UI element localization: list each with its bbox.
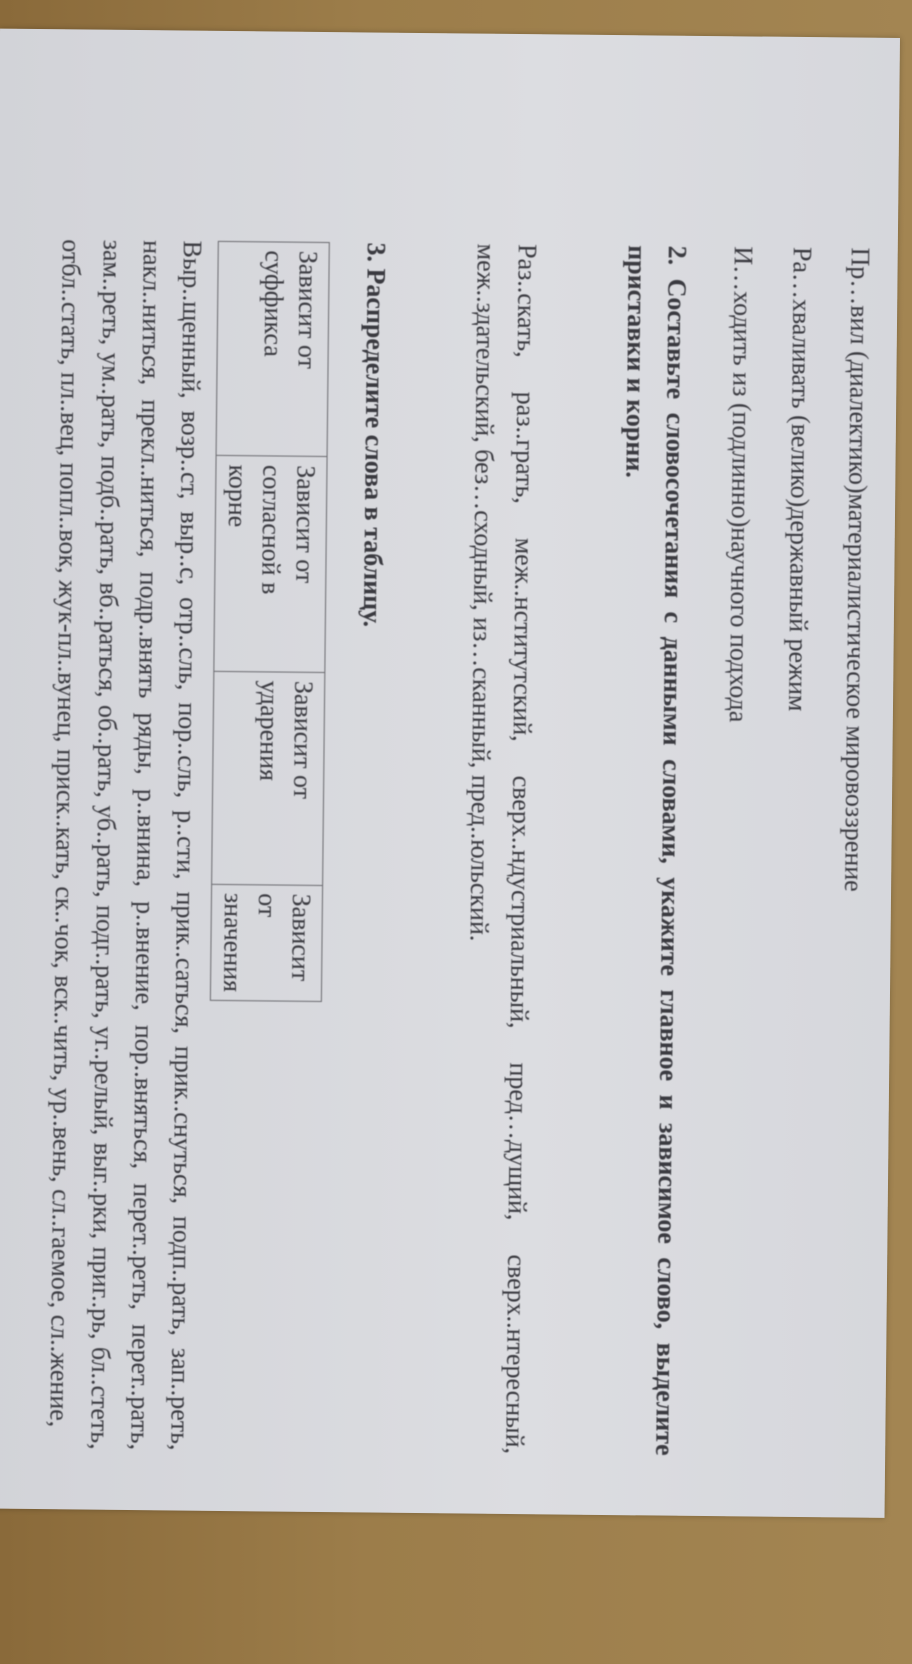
table-header-cell: Зависит от ударения [212, 671, 325, 885]
task3-title: 3. Распределите слова в таблицу. [343, 242, 396, 1452]
paper-sheet: Пр…вил (диалектико)материалистическое ми… [0, 29, 900, 1518]
worksheet-page: Пр…вил (диалектико)материалистическое ми… [12, 239, 880, 1458]
task2-words: Раз..скать, раз..грать, меж..нститутский… [453, 243, 546, 1454]
task3-words: Выр..щенный, возр..ст, выр..с, отр..сль,… [38, 239, 212, 1451]
task2-title: 2. Составьте словосочетания с данными сл… [604, 245, 697, 1456]
table-header-cell: Зависит от согласной в корне [214, 456, 327, 673]
table-header-cell: Зависит от значения [211, 884, 323, 1001]
task3-table: Зависит от суффикса Зависит от согласной… [210, 241, 329, 1002]
table-header-cell: Зависит от суффикса [216, 241, 329, 457]
table-header-row: Зависит от суффикса Зависит от согласной… [211, 241, 329, 1001]
